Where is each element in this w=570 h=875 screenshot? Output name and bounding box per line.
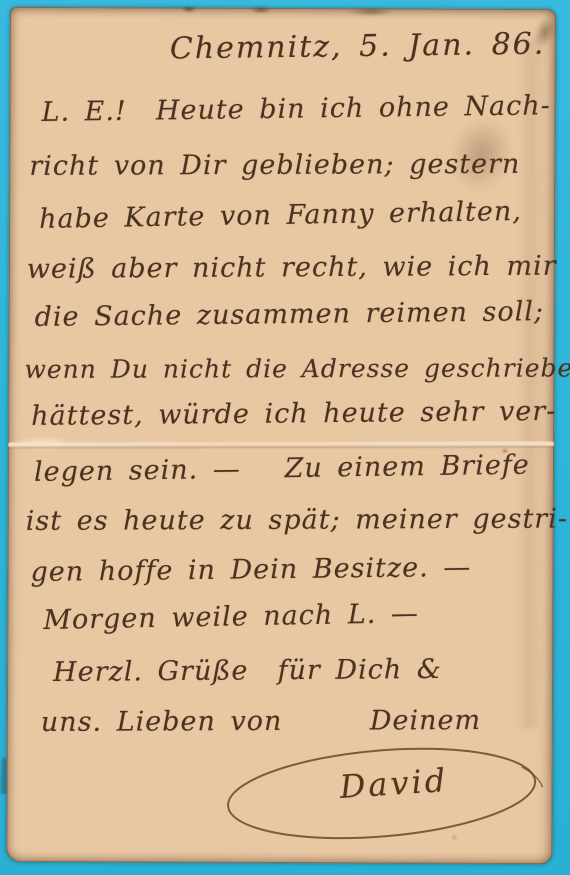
postcard-paper: Chemnitz, 5. Jan. 86. L. E.! Heute bin i… bbox=[6, 7, 556, 864]
handwritten-line: gen hoffe in Dein Besitze. — bbox=[30, 552, 471, 588]
handwritten-line: legen sein. — Zu einem Briefe bbox=[34, 450, 530, 488]
handwritten-line: hättest, würde ich heute sehr ver- bbox=[31, 396, 556, 432]
handwritten-line: richt von Dir geblieben; gestern bbox=[29, 149, 520, 182]
handwriting-layer: Chemnitz, 5. Jan. 86. L. E.! Heute bin i… bbox=[6, 7, 556, 864]
handwritten-line: Herzl. Grüße für Dich & bbox=[53, 654, 442, 688]
postcard-scan: Chemnitz, 5. Jan. 86. L. E.! Heute bin i… bbox=[0, 0, 570, 875]
handwritten-line: die Sache zusammen reimen soll; bbox=[34, 296, 544, 333]
handwritten-line: weiß aber nicht recht, wie ich mir bbox=[27, 251, 557, 285]
dateline: Chemnitz, 5. Jan. 86. bbox=[170, 27, 546, 67]
handwritten-line: Morgen weile nach L. — bbox=[43, 598, 419, 636]
handwritten-line: ist es heute zu spät; meiner gestri- bbox=[26, 504, 568, 537]
handwritten-line: uns. Lieben von Deinem bbox=[41, 705, 481, 738]
handwritten-line: L. E.! Heute bin ich ohne Nach- bbox=[41, 90, 551, 128]
signature: David bbox=[221, 738, 543, 849]
handwritten-line: habe Karte von Fanny erhalten, bbox=[39, 196, 522, 235]
signature-name: David bbox=[338, 761, 449, 806]
handwritten-line: wenn Du nicht die Adresse geschrieben bbox=[24, 353, 570, 383]
